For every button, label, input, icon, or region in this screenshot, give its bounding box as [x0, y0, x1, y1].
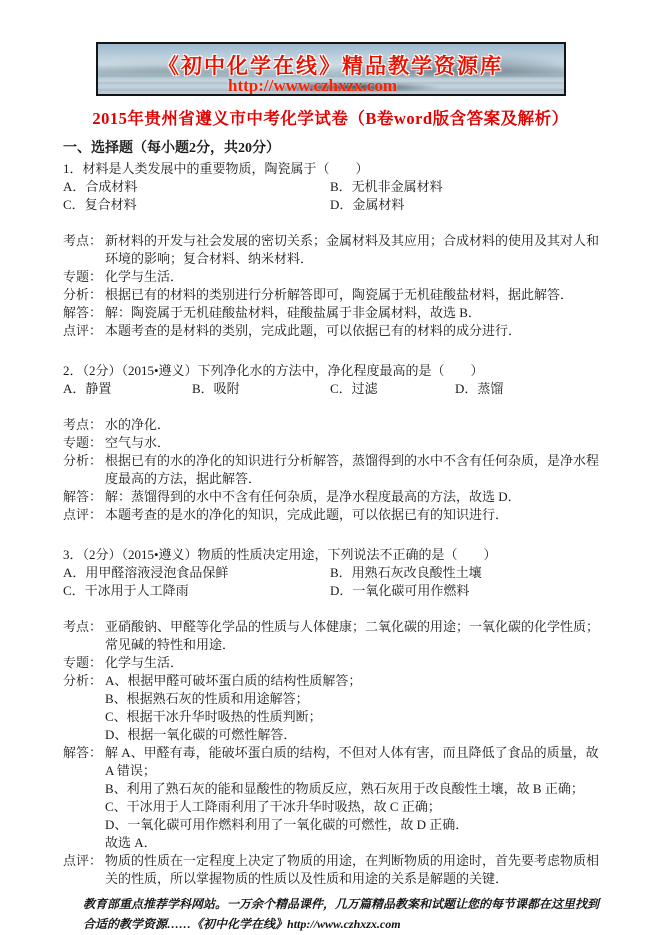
block-label: 点评： [63, 506, 105, 524]
block-label: 分析： [63, 286, 105, 304]
option-c: C．干冰用于人工降雨 [63, 582, 330, 600]
question-1-options: A．合成材料 B．无机非金属材料 C．复合材料 D．金属材料 [63, 178, 601, 214]
page: 《初中化学在线》精品教学资源库 http://www.czhxzx.com 20… [0, 0, 661, 935]
question-2: 2．（2分）（2015•遵义）下列净化水的方法中，净化程度最高的是（ ） A．静… [63, 362, 601, 524]
block-dianping: 点评： 本题考查的是材料的类别，完成此题，可以依据已有的材料的成分进行． [63, 322, 601, 340]
block-content: 解：陶瓷属于无机硅酸盐材料，硅酸盐属于非金属材料，故选 B． [105, 304, 601, 322]
question-3-options: A．用甲醛溶液浸泡食品保鲜 B．用熟石灰改良酸性土壤 C．干冰用于人工降雨 D．… [63, 564, 601, 600]
block-jieda: 解答： 解 A、甲醛有毒，能破坏蛋白质的结构，不但对人体有害，而且降低了食品的质… [63, 744, 601, 852]
block-label: 分析： [63, 452, 105, 470]
block-zhuanti: 专题： 化学与生活． [63, 654, 601, 672]
block-label: 分析： [63, 672, 105, 690]
footer-url-link[interactable]: http://www.czhxzx.com [287, 917, 401, 931]
block-para: 根据已有的水的净化的知识进行分析解答，蒸馏得到的水中不含有任何杂质，是净水程度最… [105, 452, 601, 488]
option-b: B．无机非金属材料 [330, 178, 601, 196]
block-content: A、根据甲醛可破坏蛋白质的结构性质解答； B、根据熟石灰的性质和用途解答； C、… [105, 672, 601, 744]
block-para: B、利用了熟石灰的能和显酸性的物质反应，熟石灰用于改良酸性土壤，故 B 正确； [105, 780, 601, 798]
block-label: 专题： [63, 434, 105, 452]
option-b: B．吸附 [192, 380, 330, 398]
block-label: 专题： [63, 654, 105, 672]
block-content: 本题考查的是材料的类别，完成此题，可以依据已有的材料的成分进行． [105, 322, 601, 340]
block-para: 故选 A． [105, 834, 601, 852]
site-banner: 《初中化学在线》精品教学资源库 http://www.czhxzx.com [96, 42, 566, 96]
block-content: 空气与水． [105, 434, 601, 452]
block-dianping: 点评： 本题考查的是水的净化的知识，完成此题，可以依据已有的知识进行． [63, 506, 601, 524]
block-para: 新材料的开发与社会发展的密切关系；金属材料及其应用；合成材料的使用及其对人和环境… [105, 232, 601, 268]
block-label: 专题： [63, 268, 105, 286]
block-label: 解答： [63, 744, 105, 762]
option-c: C．复合材料 [63, 196, 330, 214]
question-1-analysis: 考点： 新材料的开发与社会发展的密切关系；金属材料及其应用；合成材料的使用及其对… [63, 232, 601, 340]
block-content: 亚硝酸钠、甲醛等化学品的性质与人体健康；二氧化碳的用途；一氧化碳的化学性质；常见… [105, 618, 601, 654]
block-label: 考点： [63, 232, 105, 250]
block-content: 化学与生活． [105, 268, 601, 286]
block-fenxi: 分析： 根据已有的水的净化的知识进行分析解答，蒸馏得到的水中不含有任何杂质，是净… [63, 452, 601, 488]
block-para: 解 A、甲醛有毒，能破坏蛋白质的结构，不但对人体有害，而且降低了食品的质量，故 … [105, 744, 601, 780]
block-para: 本题考查的是水的净化的知识，完成此题，可以依据已有的知识进行． [105, 506, 601, 524]
block-para: 本题考查的是材料的类别，完成此题，可以依据已有的材料的成分进行． [105, 322, 601, 340]
question-3-analysis: 考点： 亚硝酸钠、甲醛等化学品的性质与人体健康；二氧化碳的用途；一氧化碳的化学性… [63, 618, 601, 888]
block-label: 解答： [63, 304, 105, 322]
option-a: A．静置 [63, 380, 192, 398]
block-content: 根据已有的材料的类别进行分析解答即可，陶瓷属于无机硅酸盐材料，据此解答． [105, 286, 601, 304]
block-para: B、根据熟石灰的性质和用途解答； [105, 690, 601, 708]
question-2-stem: 2．（2分）（2015•遵义）下列净化水的方法中，净化程度最高的是（ ） [63, 362, 601, 380]
block-para: 解：陶瓷属于无机硅酸盐材料，硅酸盐属于非金属材料，故选 B． [105, 304, 601, 322]
doc-title: 2015年贵州省遵义市中考化学试卷（B卷word版含答案及解析） [0, 105, 661, 129]
block-content: 本题考查的是水的净化的知识，完成此题，可以依据已有的知识进行． [105, 506, 601, 524]
block-content: 解：蒸馏得到的水中不含有任何杂质，是净水程度最高的方法，故选 D． [105, 488, 601, 506]
block-para: 水的净化． [105, 416, 601, 434]
doc-content: 一、选择题（每小题2分，共20分） 1．材料是人类发展中的重要物质，陶瓷属于（ … [63, 140, 601, 888]
option-d: D．蒸馏 [455, 380, 601, 398]
block-content: 根据已有的水的净化的知识进行分析解答，蒸馏得到的水中不含有任何杂质，是净水程度最… [105, 452, 601, 488]
question-1: 1．材料是人类发展中的重要物质，陶瓷属于（ ） A．合成材料 B．无机非金属材料… [63, 160, 601, 340]
block-kaodian: 考点： 亚硝酸钠、甲醛等化学品的性质与人体健康；二氧化碳的用途；一氧化碳的化学性… [63, 618, 601, 654]
block-content: 化学与生活． [105, 654, 601, 672]
section-heading: 一、选择题（每小题2分，共20分） [63, 140, 601, 158]
block-fenxi: 分析： A、根据甲醛可破坏蛋白质的结构性质解答； B、根据熟石灰的性质和用途解答… [63, 672, 601, 744]
question-3-stem: 3．（2分）（2015•遵义）物质的性质决定用途，下列说法不正确的是（ ） [63, 546, 601, 564]
block-para: C、根据干冰升华时吸热的性质判断； [105, 708, 601, 726]
block-jieda: 解答： 解：陶瓷属于无机硅酸盐材料，硅酸盐属于非金属材料，故选 B． [63, 304, 601, 322]
block-content: 水的净化． [105, 416, 601, 434]
option-a: A．合成材料 [63, 178, 330, 196]
block-content: 解 A、甲醛有毒，能破坏蛋白质的结构，不但对人体有害，而且降低了食品的质量，故 … [105, 744, 601, 852]
option-d: D．金属材料 [330, 196, 601, 214]
block-label: 考点： [63, 618, 105, 636]
block-para: D、一氧化碳可用作燃料利用了一氧化碳的可燃性，故 D 正确． [105, 816, 601, 834]
block-para: 化学与生活． [105, 268, 601, 286]
block-para: 化学与生活． [105, 654, 601, 672]
block-para: C、干冰用于人工降雨利用了干冰升华时吸热，故 C 正确； [105, 798, 601, 816]
block-para: 根据已有的材料的类别进行分析解答即可，陶瓷属于无机硅酸盐材料，据此解答． [105, 286, 601, 304]
block-zhuanti: 专题： 化学与生活． [63, 268, 601, 286]
block-content: 物质的性质在一定程度上决定了物质的用途，在判断物质的用途时，首先要考虑物质相关的… [105, 852, 601, 888]
block-fenxi: 分析： 根据已有的材料的类别进行分析解答即可，陶瓷属于无机硅酸盐材料，据此解答． [63, 286, 601, 304]
block-label: 解答： [63, 488, 105, 506]
option-a: A．用甲醛溶液浸泡食品保鲜 [63, 564, 330, 582]
block-para: 解：蒸馏得到的水中不含有任何杂质，是净水程度最高的方法，故选 D． [105, 488, 601, 506]
block-zhuanti: 专题： 空气与水． [63, 434, 601, 452]
block-kaodian: 考点： 水的净化． [63, 416, 601, 434]
option-b: B．用熟石灰改良酸性土壤 [330, 564, 601, 582]
block-label: 点评： [63, 322, 105, 340]
block-kaodian: 考点： 新材料的开发与社会发展的密切关系；金属材料及其应用；合成材料的使用及其对… [63, 232, 601, 268]
option-c: C．过滤 [330, 380, 455, 398]
block-para: 空气与水． [105, 434, 601, 452]
question-2-options: A．静置 B．吸附 C．过滤 D．蒸馏 [63, 380, 601, 398]
question-2-analysis: 考点： 水的净化． 专题： 空气与水． 分析： 根据已有的水的净化的知识进行分析… [63, 416, 601, 524]
block-content: 新材料的开发与社会发展的密切关系；金属材料及其应用；合成材料的使用及其对人和环境… [105, 232, 601, 268]
block-label: 点评： [63, 852, 105, 870]
question-1-stem: 1．材料是人类发展中的重要物质，陶瓷属于（ ） [63, 160, 601, 178]
block-para: D、根据一氧化碳的可燃性解答． [105, 726, 601, 744]
banner-site-url-link[interactable]: http://www.czhxzx.com [98, 76, 528, 96]
block-jieda: 解答： 解：蒸馏得到的水中不含有任何杂质，是净水程度最高的方法，故选 D． [63, 488, 601, 506]
footer-note: 教育部重点推荐学科网站。一万余个精品课件，几万篇精品教案和试题让您的每节课都在这… [83, 894, 603, 934]
block-label: 考点： [63, 416, 105, 434]
question-3: 3．（2分）（2015•遵义）物质的性质决定用途，下列说法不正确的是（ ） A．… [63, 546, 601, 888]
block-para: 物质的性质在一定程度上决定了物质的用途，在判断物质的用途时，首先要考虑物质相关的… [105, 852, 601, 888]
option-d: D．一氧化碳可用作燃料 [330, 582, 601, 600]
block-dianping: 点评： 物质的性质在一定程度上决定了物质的用途，在判断物质的用途时，首先要考虑物… [63, 852, 601, 888]
block-para: A、根据甲醛可破坏蛋白质的结构性质解答； [105, 672, 601, 690]
block-para: 亚硝酸钠、甲醛等化学品的性质与人体健康；二氧化碳的用途；一氧化碳的化学性质；常见… [105, 618, 601, 654]
